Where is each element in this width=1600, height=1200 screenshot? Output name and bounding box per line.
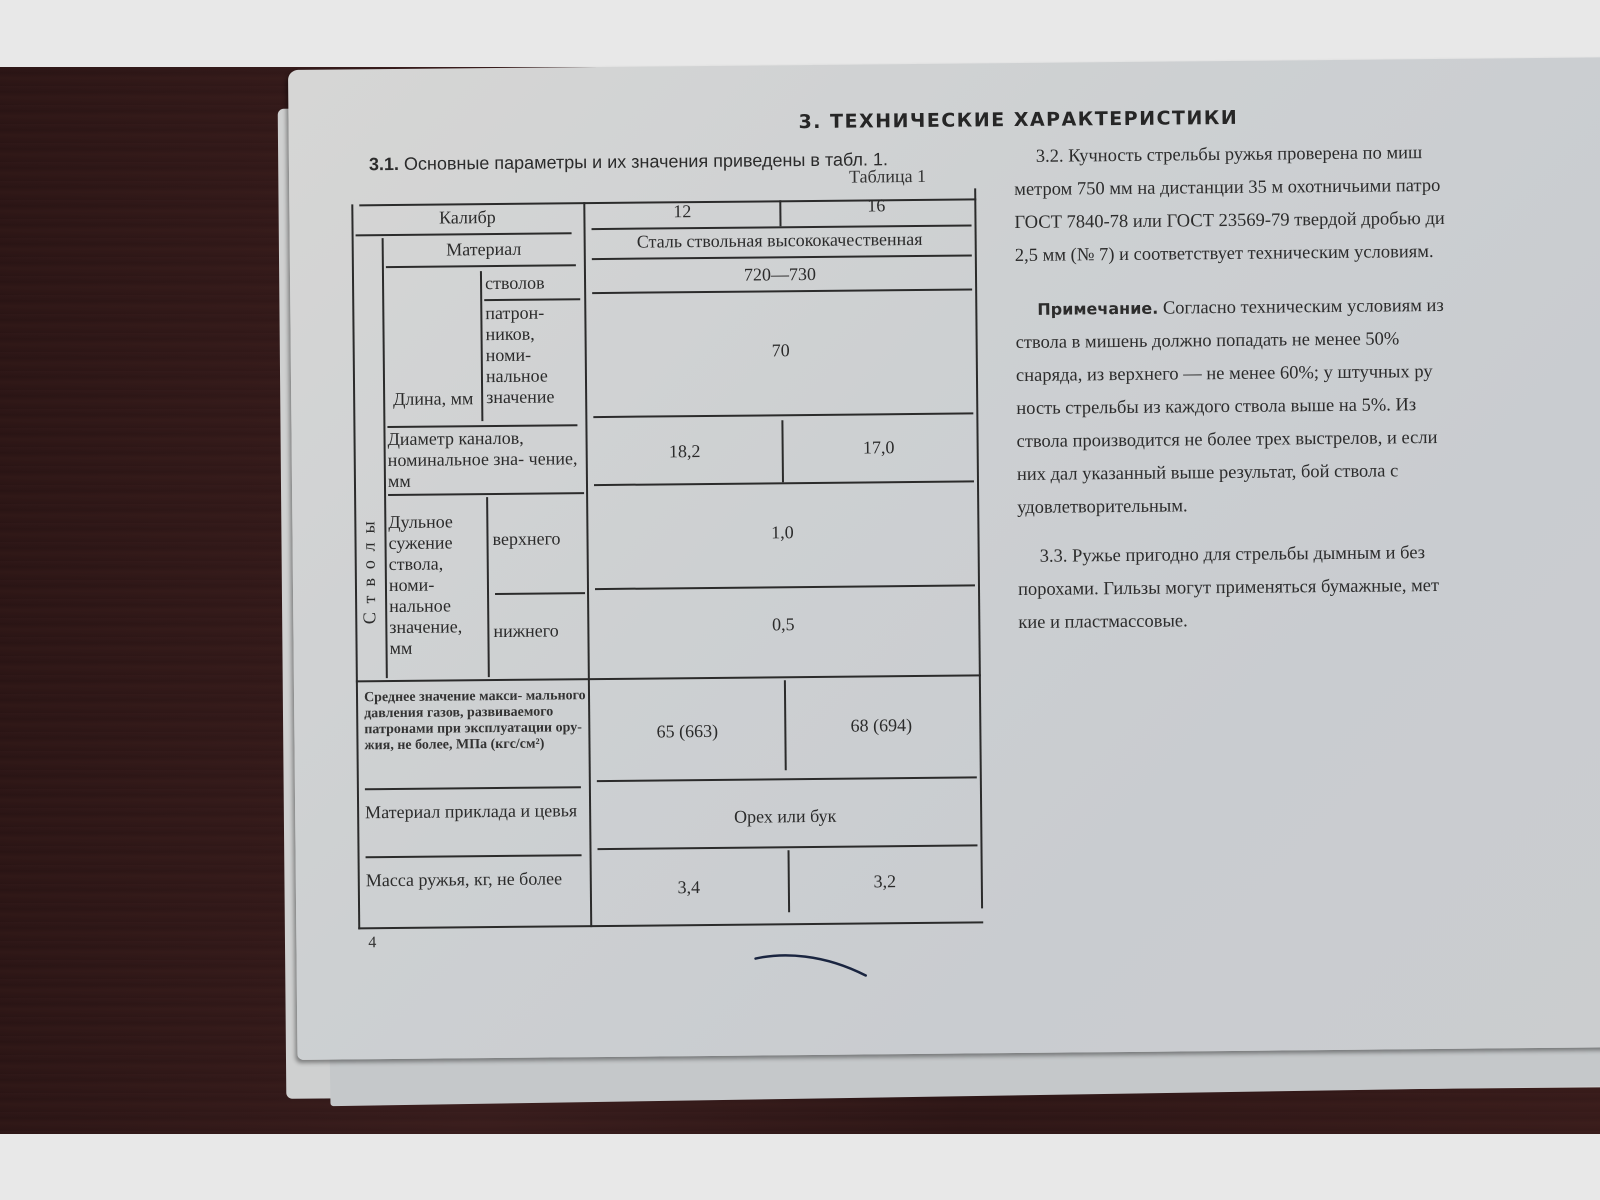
rule <box>597 844 977 850</box>
choke-upper-label: верхнего <box>492 528 560 550</box>
rule <box>594 480 974 486</box>
length-chambers-label: патрон- ников, номи- нальное значение <box>485 302 576 408</box>
pen-mark <box>753 949 873 980</box>
mass-12: 3,4 <box>594 876 784 899</box>
bore-label: Диаметр каналов, номинальное зна- чение,… <box>387 427 584 492</box>
pressure-12: 65 (663) <box>592 720 782 743</box>
caliber-12: 12 <box>587 200 777 223</box>
note-paragraph: Примечание. Согласно техническим условия… <box>1015 287 1600 525</box>
choke-label: Дульное сужение ствола, номи- нальное зн… <box>388 511 485 659</box>
length-barrels-value: 720—730 <box>588 262 972 287</box>
mass-label: Масса ружья, кг, не более <box>366 868 588 891</box>
intro-number: 3.1. <box>369 154 399 174</box>
pressure-label: Среднее значение макси- мального давлени… <box>364 688 587 754</box>
material-label: Материал <box>384 238 584 261</box>
length-chambers-value: 70 <box>589 338 973 363</box>
rule <box>366 854 582 858</box>
document-page: 3. ТЕХНИЧЕСКИЕ ХАРАКТЕРИСТИКИ 3.1. Основ… <box>288 57 1600 1060</box>
page-number: 4 <box>368 934 376 952</box>
rule <box>592 254 972 260</box>
stock-value: Орех или бук <box>593 804 977 829</box>
rule <box>388 492 584 496</box>
bore-12: 18,2 <box>590 440 780 463</box>
table-bottom-border <box>358 921 983 929</box>
pressure-16: 68 (694) <box>786 714 976 737</box>
rule <box>356 674 981 682</box>
intro-text: Основные параметры и их значения приведе… <box>404 149 888 174</box>
section-heading: 3. ТЕХНИЧЕСКИЕ ХАРАКТЕРИСТИКИ <box>798 107 1238 133</box>
mass-16: 3,2 <box>790 870 980 893</box>
length-label: Длина, мм <box>387 388 479 410</box>
caliber-label: Калибр <box>351 206 583 229</box>
right-column-text: 3.2. Кучность стрельбы ружья проверена п… <box>1014 135 1600 656</box>
table-right-border <box>974 188 983 908</box>
choke-lower-value: 0,5 <box>591 612 975 637</box>
rule <box>593 412 973 418</box>
subgroup-divider <box>480 271 483 421</box>
table-caption: Таблица 1 <box>849 166 926 188</box>
stock-label: Материал приклада и цевья <box>365 800 587 823</box>
intro-paragraph: 3.1. Основные параметры и их значения пр… <box>369 149 888 175</box>
rule <box>592 288 972 294</box>
rule <box>356 232 572 236</box>
rule <box>484 298 580 301</box>
rule <box>365 786 581 790</box>
paragraph-3-2: 3.2. Кучность стрельбы ружья проверена п… <box>1014 135 1600 273</box>
barrels-group-label: Стволы <box>358 512 380 624</box>
bore-16: 17,0 <box>784 436 974 459</box>
choke-upper-value: 1,0 <box>590 520 974 545</box>
caliber-16: 16 <box>781 194 971 217</box>
paragraph-3-3: 3.3. Ружье пригодно для стрельбы дымным … <box>1018 535 1600 640</box>
specs-table: Калибр 12 16 Стволы Материал Сталь ствол… <box>351 198 983 929</box>
choke-lower-label: нижнего <box>493 620 558 642</box>
length-barrels-label: стволов <box>485 273 545 295</box>
subgroup-divider <box>486 497 490 677</box>
rule <box>386 264 576 268</box>
rule <box>595 584 975 590</box>
rule <box>597 776 977 782</box>
material-value: Сталь ствольная высококачественная <box>588 228 972 253</box>
note-label: Примечание. <box>1037 299 1158 319</box>
rule <box>495 592 585 595</box>
